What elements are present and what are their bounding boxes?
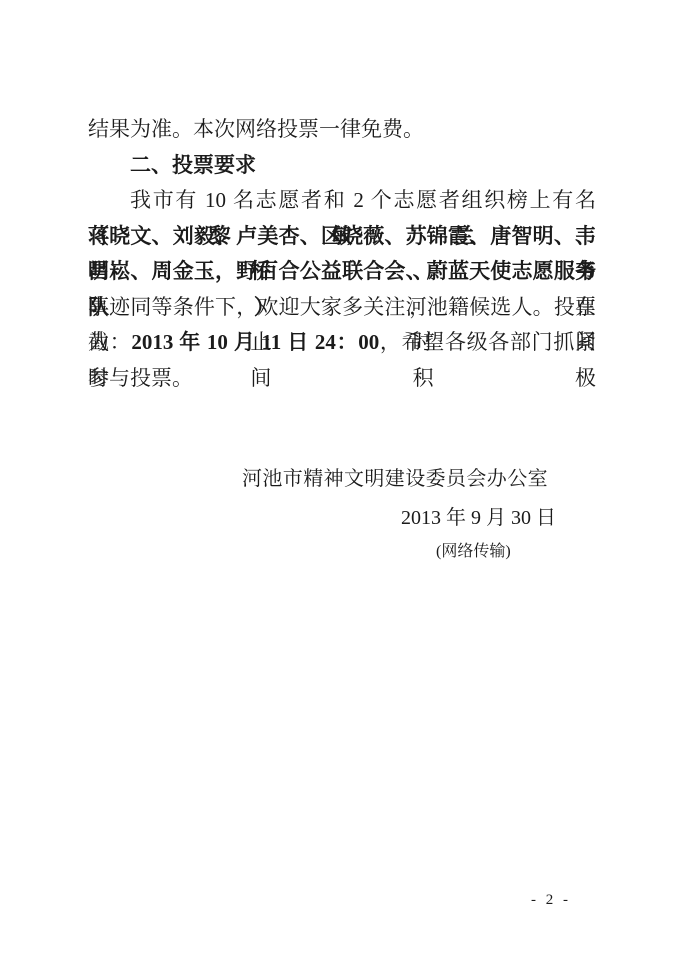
text-run: 为： bbox=[88, 330, 131, 354]
signature-date: 2013 年 9 月 30 日 bbox=[401, 501, 556, 530]
body-line-4: 蒋晓文、刘毅、卢美杏、区晓薇、苏锦霞、唐智明、韦昌桥、韦 bbox=[88, 219, 596, 255]
document-page: 结果为准。本次网络投票一律免费。 二、投票要求 我市有 10 名志愿者和 2 个… bbox=[0, 0, 680, 961]
section-heading: 二、投票要求 bbox=[88, 148, 596, 184]
bold-text-run: 2013 年 10 月 11 日 24：00 bbox=[131, 330, 379, 354]
text-run: 结果为准。本次网络投票一律免费。 bbox=[88, 117, 424, 141]
page-number: - 2 - bbox=[531, 892, 571, 909]
text-run: 我市有 10 名志愿者和 2 个志愿者组织榜上有名 bbox=[130, 188, 596, 212]
body-line-7: 为：2013 年 10 月 11 日 24：00，希望各级各部门抓紧时间积极 bbox=[88, 325, 596, 361]
body-line-3: 我市有 10 名志愿者和 2 个志愿者组织榜上有名（黎敏兰、 bbox=[88, 183, 596, 219]
transmission-note: (网络传输) bbox=[436, 538, 511, 561]
document-body: 结果为准。本次网络投票一律免费。 二、投票要求 我市有 10 名志愿者和 2 个… bbox=[88, 112, 596, 396]
body-line-6: 事迹同等条件下，欢迎大家多关注河池籍候选人。投票截止时间 bbox=[88, 290, 596, 326]
heading-text: 二、投票要求 bbox=[130, 153, 256, 177]
body-line-1: 结果为准。本次网络投票一律免费。 bbox=[88, 112, 596, 148]
body-line-5: 明崧、周金玉，野百合公益联合会、蔚蓝天使志愿服务队），在 bbox=[88, 254, 596, 290]
text-run: 参与投票。 bbox=[88, 366, 193, 390]
signature-organization: 河池市精神文明建设委员会办公室 bbox=[242, 462, 548, 491]
